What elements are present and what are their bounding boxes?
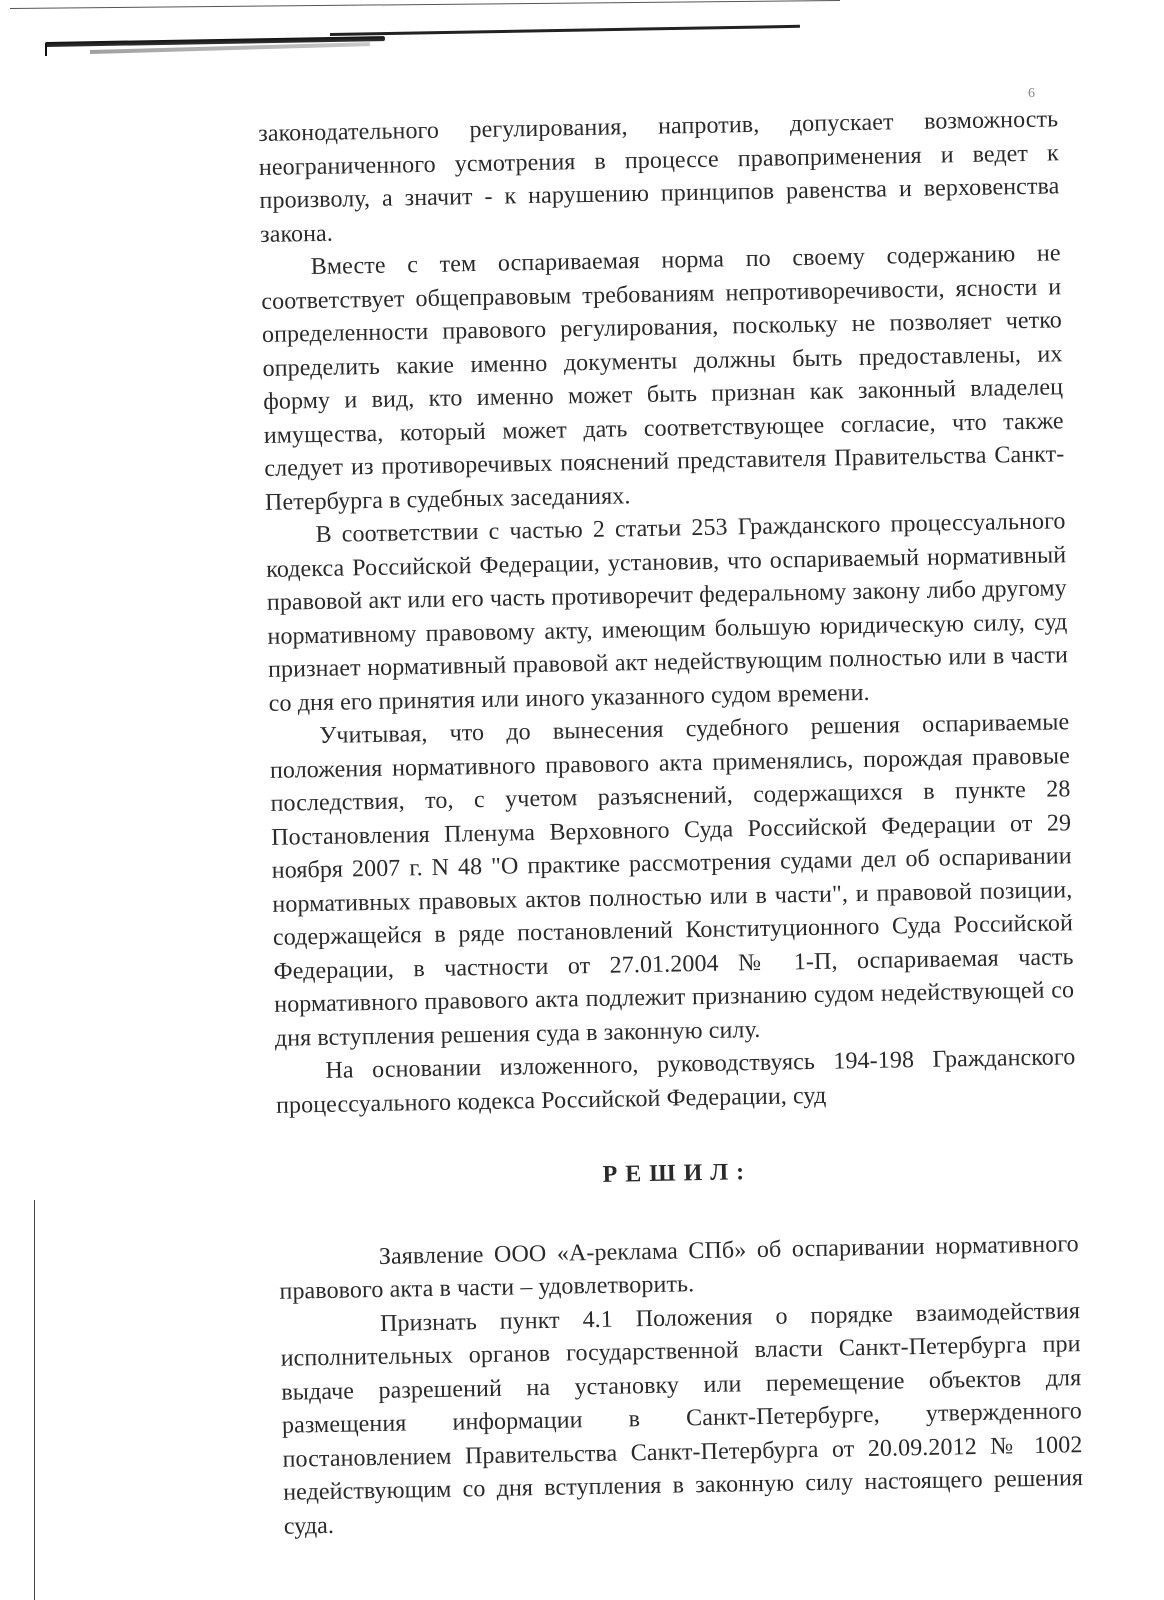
decision-heading: РЕШИЛ: <box>277 1150 1077 1198</box>
paragraph-article-253: В соответствии с частью 2 статьи 253 Гра… <box>265 505 1069 721</box>
document-page: законодательного регулирования, напротив… <box>258 103 1084 1543</box>
paragraph-on-basis: На основании изложенного, руководствуясь… <box>275 1041 1076 1123</box>
scan-left-edge-line <box>34 1200 35 1600</box>
resolution-declare-invalid: Признать пункт 4.1 Положения о порядке в… <box>280 1295 1084 1544</box>
page-number: 6 <box>1028 86 1035 102</box>
scan-edge-bar-right <box>330 25 800 36</box>
paragraph-continuation: законодательного регулирования, напротив… <box>258 103 1060 252</box>
paragraph-contested-norm: Вместе с тем оспариваемая норма по своем… <box>260 237 1065 520</box>
scan-edge-line <box>10 0 840 9</box>
scan-edge-corner <box>45 44 47 56</box>
paragraph-considering: Учитывая, что до вынесения судебного реш… <box>269 706 1075 1056</box>
